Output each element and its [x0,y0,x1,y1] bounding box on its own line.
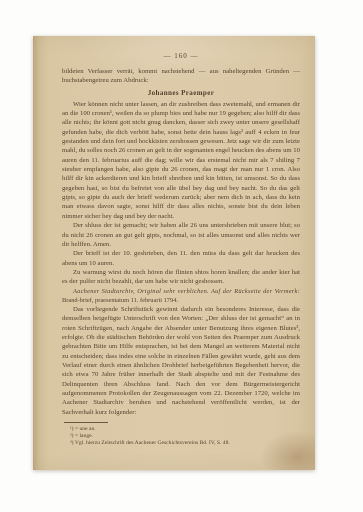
source-note: Aachener Stadtarchiv, Original sehr verb… [62,287,300,305]
source-note-italic: Aachener Stadtarchiv, Original sehr verb… [73,288,300,295]
letter-paragraph-1: Wier können nicht unter lassen, an dir z… [62,100,300,221]
page-content: — 160 — bildeten Verfasser verrät, kommt… [62,52,300,462]
footnote-3: ³) Vgl. hierzu Zeitschrift des Aachener … [70,440,300,447]
scanned-book-page: — 160 — bildeten Verfasser verrät, kommt… [33,36,315,470]
letter-paragraph-4: Zu warnung wirst du noch hören die flint… [62,268,300,287]
intro-paragraph: bildeten Verfasser verrät, kommt nachste… [62,67,300,86]
footnote-1: ¹) = une an. [70,426,300,433]
footnote-block: ¹) = une an. ²) = lange. ³) Vgl. hierzu … [62,422,300,447]
letter-paragraph-2: Der shluss der ist gemacht; wir haben al… [62,221,300,249]
letter-paragraph-3: Der brieff ist der 10. geshrieben, den 1… [62,249,300,268]
footnote-separator-rule [64,422,108,423]
page-number: — 160 — [62,52,300,60]
section-heading: Johannes Praemper [62,89,300,97]
source-note-rest: Brand-brief, praesentatum 11. februarii … [62,297,178,304]
commentary-paragraph: Das vorliegende Schriftstück gewinnt dad… [62,305,300,417]
